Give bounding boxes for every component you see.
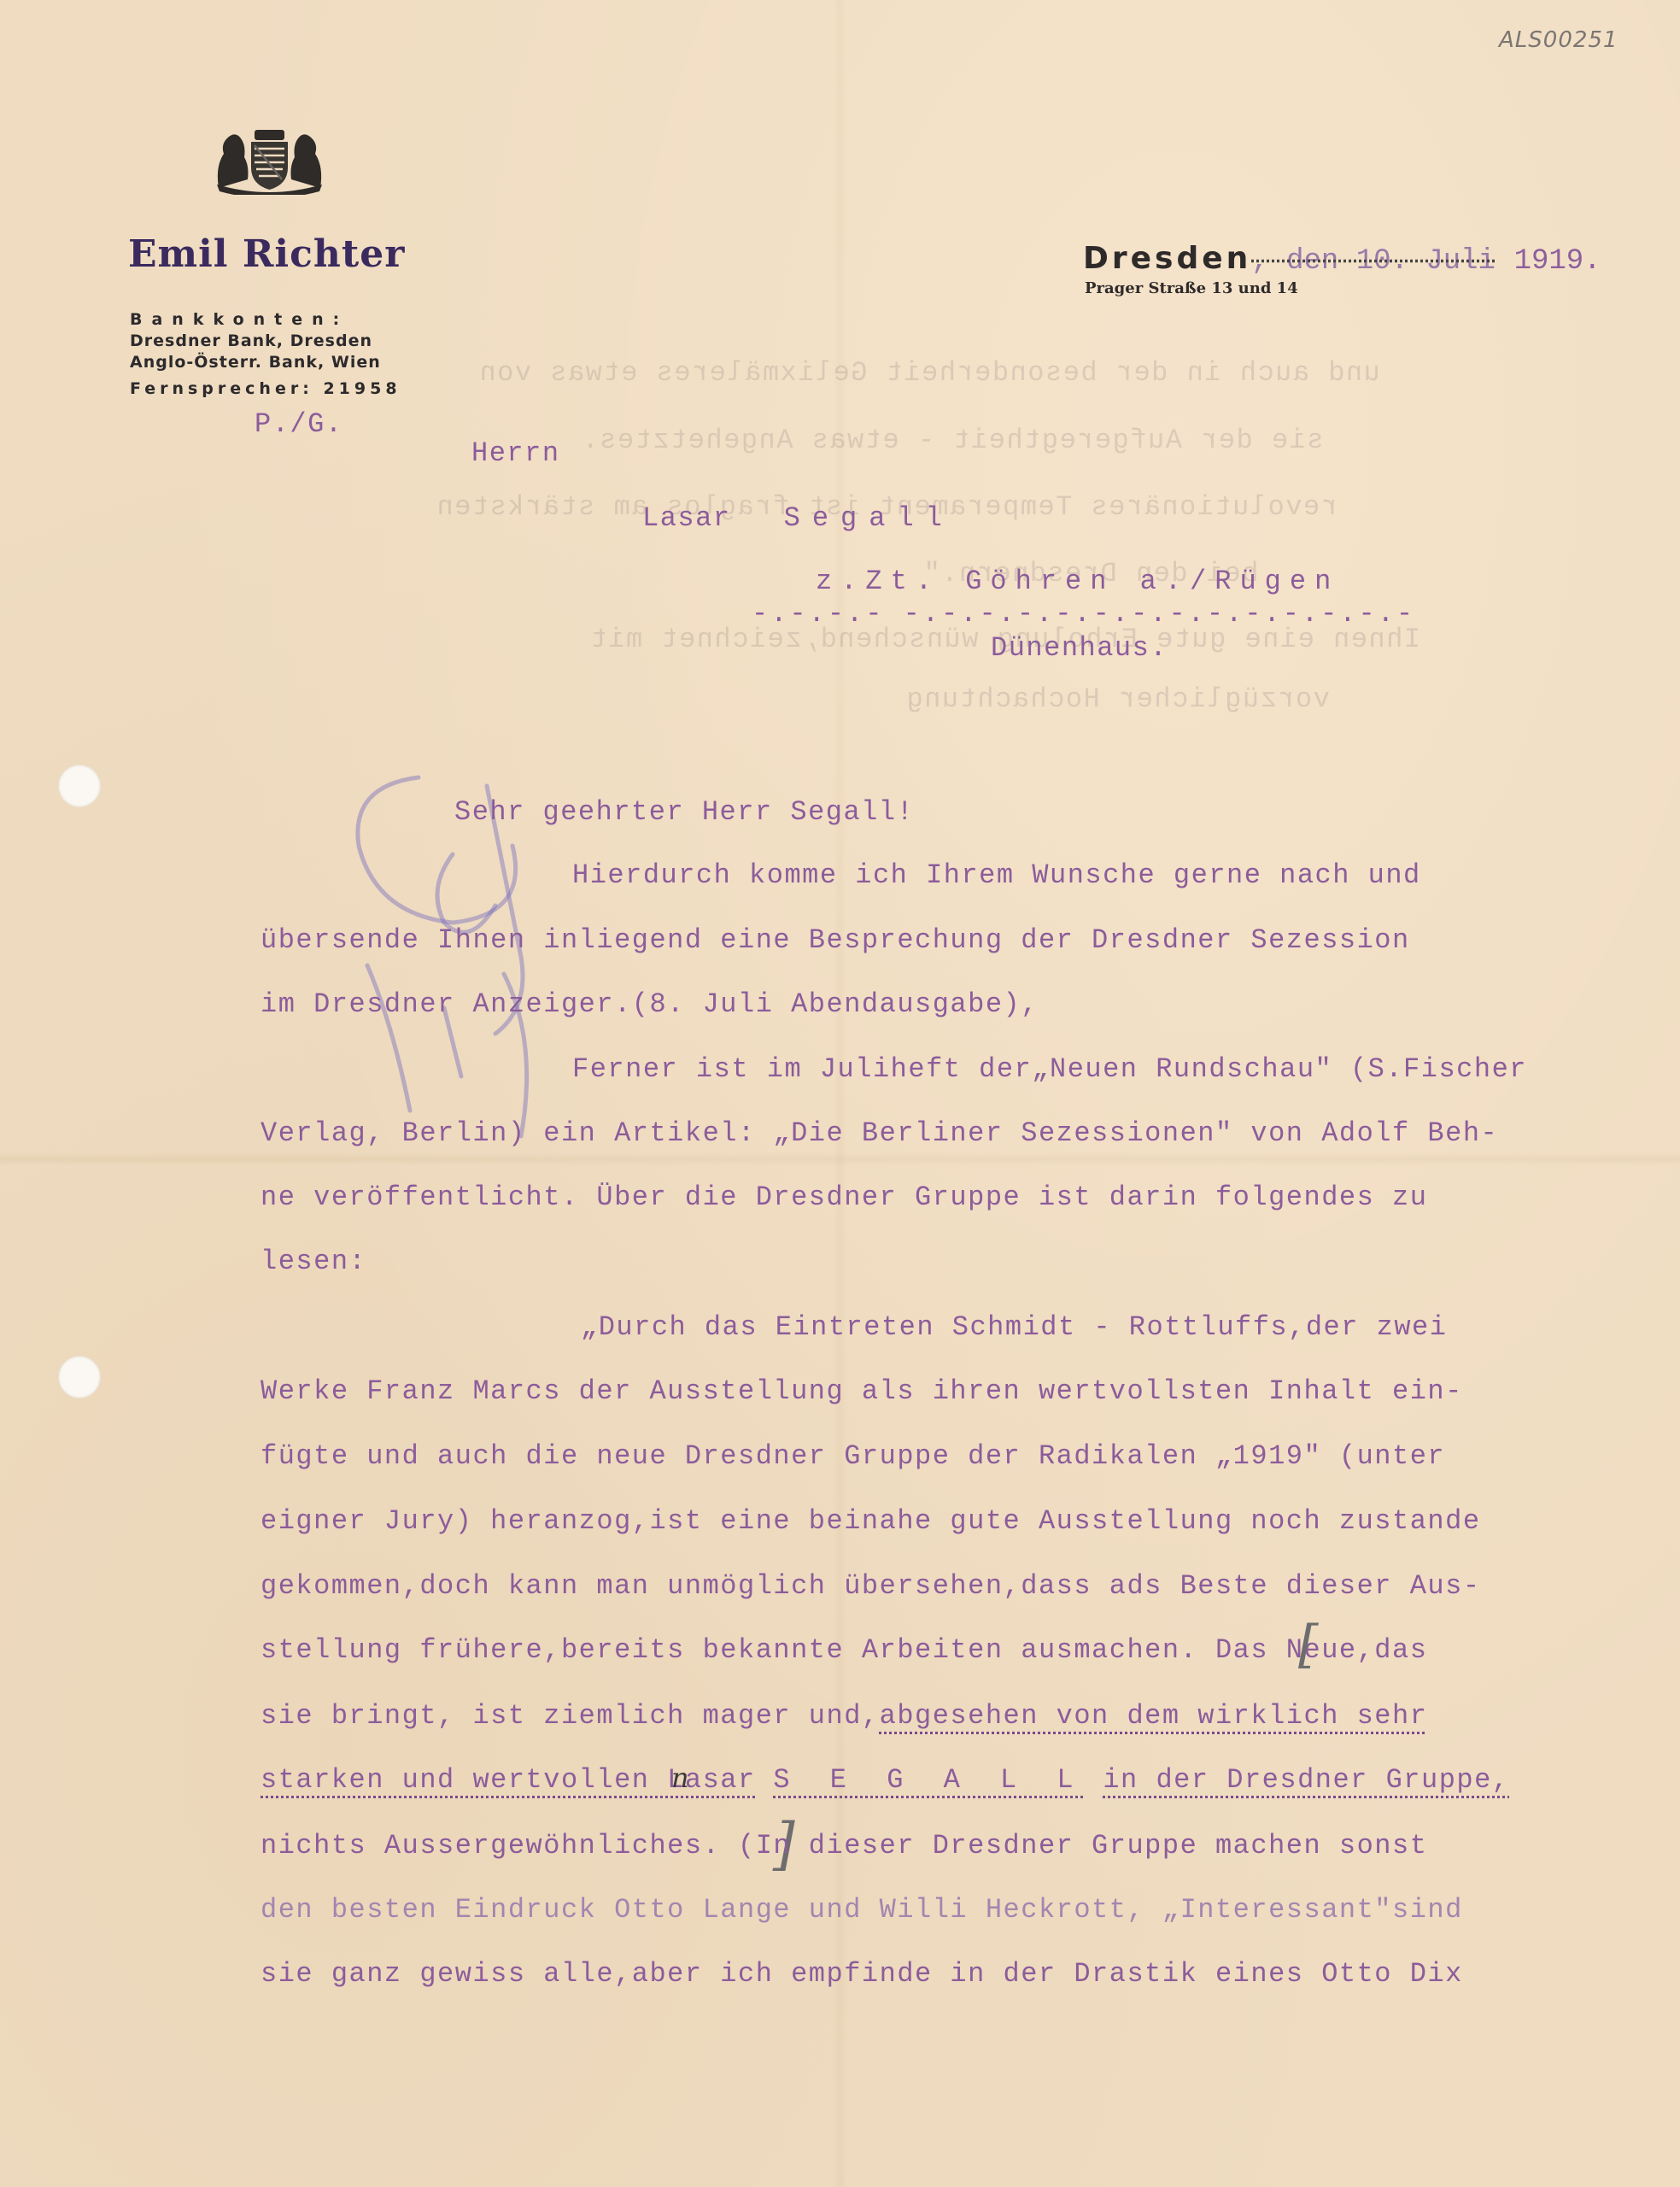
- date-struck: , den 10. Juli: [1251, 245, 1496, 278]
- body-line: ne veröffentlicht. Über die Dresdner Gru…: [260, 1181, 1427, 1213]
- bank-line-dresden: Dresdner Bank, Dresden: [130, 331, 401, 352]
- body-line: Verlag, Berlin) ein Artikel: „Die Berlin…: [260, 1117, 1498, 1149]
- quote-line: eigner Jury) heranzog,ist eine beinahe g…: [260, 1505, 1481, 1537]
- recipient-salutation: Herrn: [471, 437, 560, 469]
- quote-line: fügte und auch die neue Dresdner Gruppe …: [260, 1440, 1445, 1472]
- body-line: Ferner ist im Juliheft der„Neuen Rundsch…: [572, 1053, 1527, 1085]
- coat-of-arms-icon: [212, 128, 327, 195]
- recipient-house: Dünenhaus.: [991, 632, 1168, 664]
- archive-id: ALS00251: [1499, 27, 1619, 53]
- greeting: Sehr geehrter Herr Segall!: [454, 796, 914, 828]
- recipient-location: z.Zt. Göhren a./Rügen: [816, 566, 1339, 597]
- quote-line: nichts Aussergewöhnliches. (In dieser Dr…: [260, 1830, 1427, 1862]
- place-date: Dresden, den 10. Juli 1919.: [1083, 241, 1601, 278]
- quote-line: den besten Eindruck Otto Lange und Willi…: [260, 1894, 1463, 1926]
- quote-line: Werke Franz Marcs der Ausstellung als ih…: [260, 1375, 1463, 1407]
- body-line: übersende Ihnen inliegend eine Besprechu…: [260, 924, 1410, 956]
- handwritten-correction: n: [671, 1762, 689, 1794]
- street-address: Prager Straße 13 und 14: [1085, 279, 1298, 297]
- quote-line: starken und wertvollen Lasar S E G A L L…: [260, 1764, 1510, 1796]
- dash-rule: -.-.-.- -.-.-.-.-.-.-.-.-.-.-.-.-.-: [752, 598, 1415, 630]
- underlined-segment: in der Dresdner Gruppe,: [1103, 1764, 1509, 1796]
- bleed-through-line: vorzüglicher Hochachtung: [905, 683, 1330, 715]
- body-line: im Dresdner Anzeiger.(8. Juli Abendausga…: [260, 988, 1039, 1020]
- bank-line-wien: Anglo-Österr. Bank, Wien: [130, 352, 401, 373]
- phone-number: 21958: [323, 379, 401, 398]
- place: Dresden: [1083, 241, 1251, 276]
- pencil-bracket-open: [: [1298, 1615, 1318, 1674]
- phone-label: Fernsprecher:: [130, 379, 313, 398]
- segall-emphasis: S E G A L L: [773, 1764, 1085, 1796]
- reference-code: P./G.: [255, 408, 343, 440]
- body-line: lesen:: [260, 1246, 366, 1277]
- quote-line: gekommen,doch kann man unmöglich überseh…: [260, 1570, 1481, 1602]
- quote-line: sie ganz gewiss alle,aber ich empfinde i…: [260, 1958, 1463, 1990]
- quote-line: sie bringt, ist ziemlich mager und,abges…: [260, 1700, 1427, 1732]
- bleed-through-line: sie der Aufgeregtheit - etwas Angehetzte…: [581, 425, 1324, 456]
- quote-line: „Durch das Eintreten Schmidt - Rottluffs…: [581, 1311, 1447, 1343]
- quote-segment: sie bringt, ist ziemlich mager und,: [260, 1700, 880, 1732]
- underlined-segment: abgesehen von dem wirklich sehr: [880, 1700, 1428, 1732]
- body-line: Hierdurch komme ich Ihrem Wunsche gerne …: [572, 859, 1421, 891]
- firm-name: Emil Richter: [128, 232, 405, 276]
- bank-info: Bankkonten: Dresdner Bank, Dresden Anglo…: [130, 309, 401, 400]
- punch-hole-lower: [58, 1356, 101, 1398]
- bank-heading: Bankkonten:: [130, 309, 401, 331]
- recipient-name: Lasar Segall: [642, 502, 954, 534]
- punch-hole-upper: [58, 765, 101, 807]
- quote-line: stellung frühere,bereits bekannte Arbeit…: [260, 1634, 1427, 1666]
- recipient-first-name: Lasar: [642, 502, 731, 534]
- phone-line: Fernsprecher: 21958: [130, 378, 401, 400]
- bleed-through-line: und auch in der besonderheit Gelixmälere…: [478, 357, 1380, 389]
- recipient-last-name: Segall: [784, 502, 954, 534]
- year: 1919.: [1514, 245, 1601, 278]
